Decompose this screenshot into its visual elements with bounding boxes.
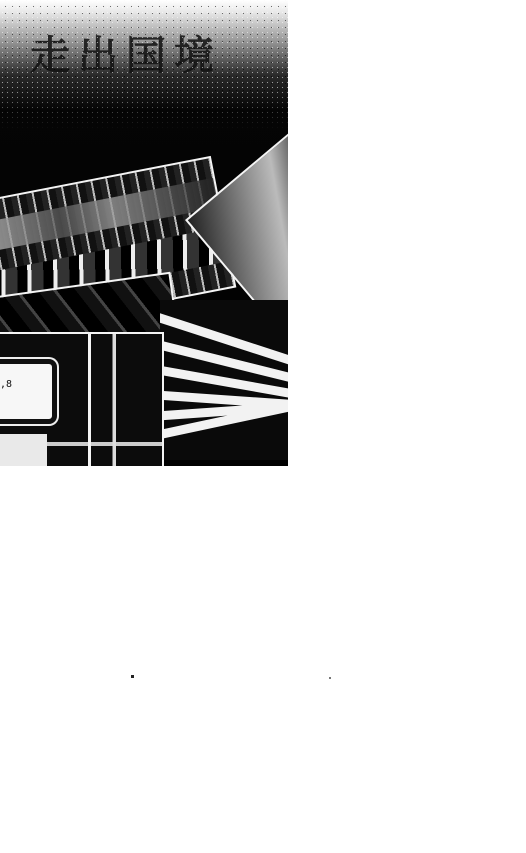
office-computer-photo: ,8 [0,332,164,466]
scan-speck [329,677,331,679]
monitor-readout: ,8 [0,379,12,390]
spiral-staircase-photo [160,300,288,460]
computer-monitor: ,8 [0,359,57,424]
cover-title: 走出国境 [30,24,222,81]
book-cover-image: 走出国境 ,8 [0,0,288,466]
scan-speck [131,675,134,678]
keyboard-console [0,434,47,466]
